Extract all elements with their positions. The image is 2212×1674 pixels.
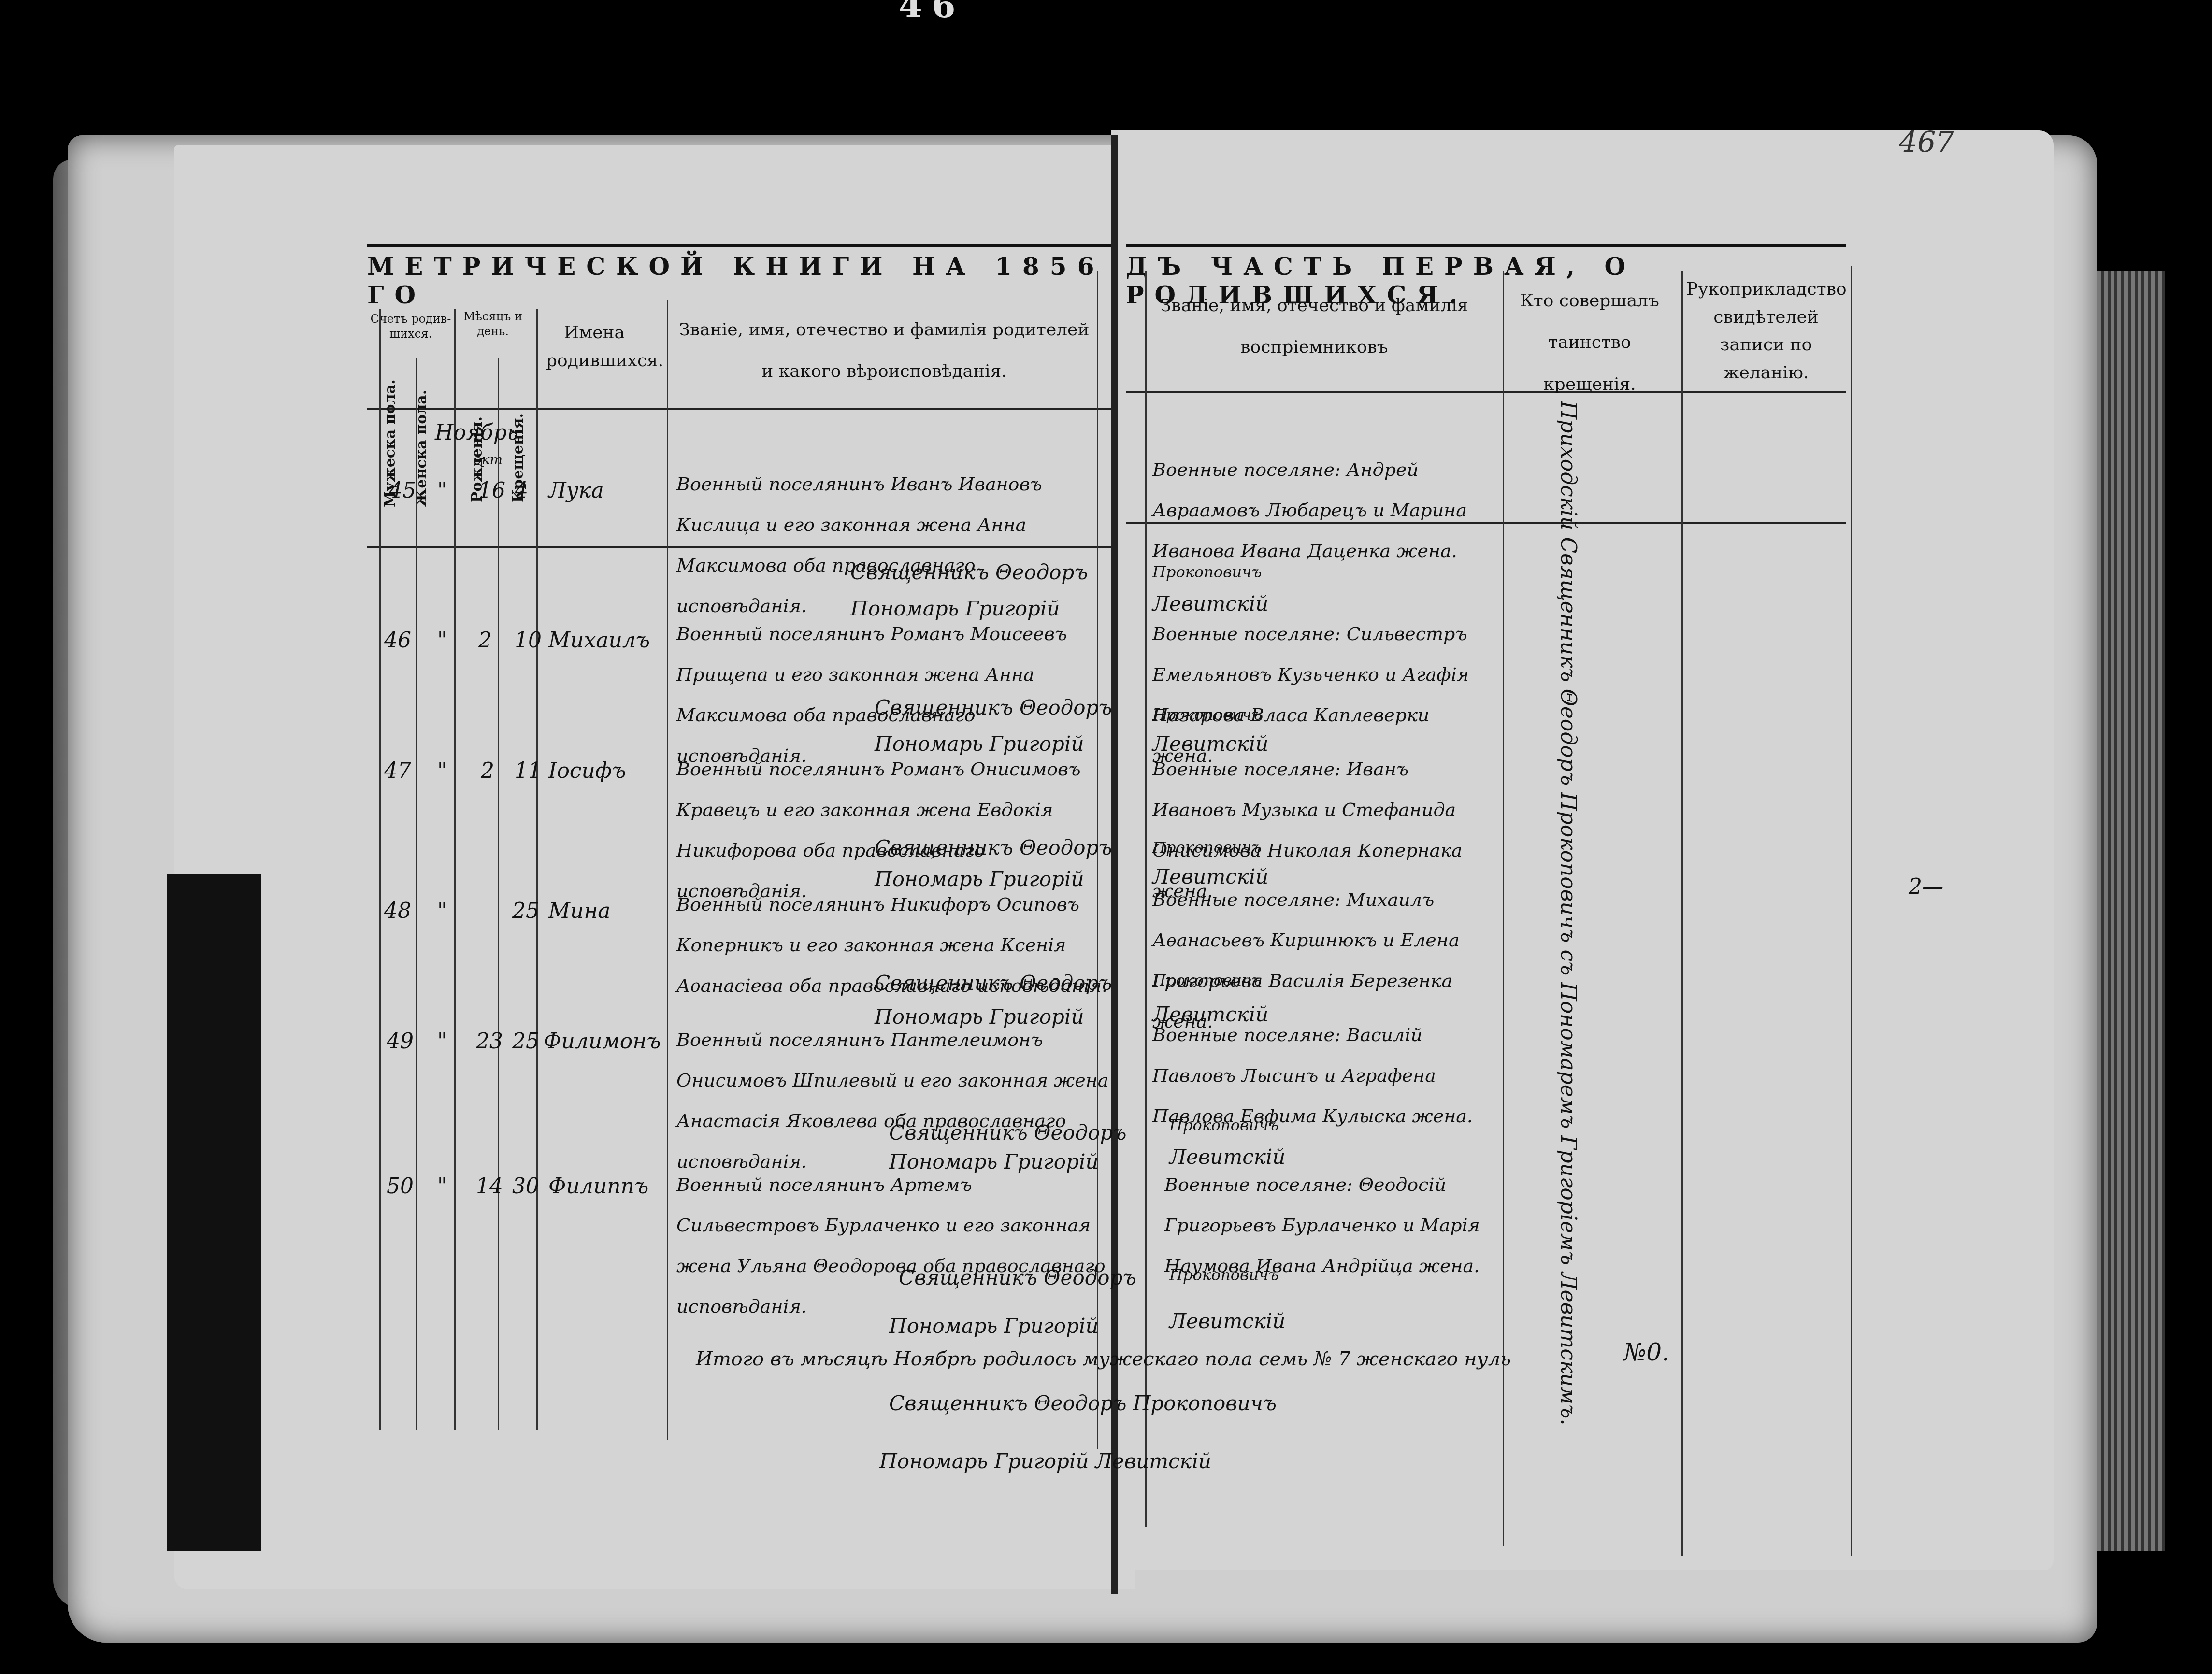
record-number: 47 [384,758,411,783]
right-signature-1: Прокоповичъ [1169,1266,1278,1284]
summary-text: Итого въ мѣсяцѣ Ноябрѣ родилось мужескаг… [696,1348,1511,1370]
col-rule [379,309,381,1430]
folio-number: 467 [1899,126,1954,159]
record-female-mark: " [437,478,447,503]
priest-signature: Священникъ Θеодоръ [875,836,1112,859]
birth-day: 2 [481,758,494,783]
birth-day: 23 [476,1029,503,1054]
child-name: Михаилъ [548,628,650,653]
priest-signature: Священникъ Θеодоръ [889,1121,1126,1145]
bookmark-ribbon [167,874,261,1551]
month-label: Ноябрь [435,420,518,445]
right-signature-1: Прокоповичъ [1152,563,1262,581]
record-number: 45 [389,478,416,503]
record-number: 50 [387,1174,414,1199]
child-name: Лука [548,478,604,503]
title-left: МЕТРИЧЕСКОЙ КНИГИ НА 1856 ГО [367,244,1111,315]
priest-signature: Священникъ Θеодоръ [875,696,1112,719]
godparents-text: Военные поселяне: Андрей Авраамовъ Любар… [1152,449,1491,571]
col-rule [498,358,499,1430]
record-female-mark: " [437,628,447,653]
baptism-day: 25 [512,899,539,923]
priest-signature: Священникъ Θеодоръ [899,1266,1136,1289]
summary-priest-signature: Священникъ Θеодоръ Прокоповичъ [889,1391,1277,1415]
record-female-mark: " [437,758,447,783]
baptism-day: 30 [512,1174,539,1199]
summary-female-count: №0. [1623,1338,1669,1366]
priest-signature: Священникъ Θеодоръ [875,971,1112,995]
record-female-mark: " [437,1029,447,1054]
right-signature-1: Прокоповичъ [1152,838,1262,857]
birth-day: 14 [476,1174,503,1199]
child-name: Филимонъ [544,1029,661,1054]
right-signature-1: Прокоповичъ [1169,1116,1278,1134]
header-date-group: Мѣсяцъ и день. [454,309,531,339]
right-signature-2: Левитскій [1169,1309,1285,1333]
col-rule [416,358,417,1430]
child-name: Іосифъ [548,758,626,783]
child-name: Мина [548,899,611,923]
header-rule-right [1126,391,1846,393]
col-rule [536,309,538,1430]
top-stamp: 46 [899,0,965,26]
book-gutter [1111,135,1118,1594]
col-rule [1851,266,1852,1556]
header-godparents: Званіе, имя, отечество и фамилія воспріе… [1150,285,1479,369]
record-number: 46 [384,628,411,653]
right-signature-2: Левитскій [1152,592,1268,615]
priest-signature: Священникъ Θеодоръ [850,560,1088,584]
performer-text: Приходскій Священникъ Θеодоръ Прокопович… [1556,401,1580,1416]
birth-day: 16 [478,478,505,503]
baptism-day: 25 [512,1029,539,1054]
parents-text: Военный поселянинъ Артемъ Сильвестровъ Б… [676,1164,1111,1327]
header-names: Имена родившихся. [546,319,643,374]
col-rule [1145,271,1147,1527]
child-name: Филиппъ [548,1174,648,1199]
record-female-mark: " [437,899,447,923]
margin-mark: 2— [1909,874,1943,899]
baptism-day: 10 [515,628,542,653]
header-performer: Кто совершалъ таинство крещенія. [1508,280,1672,405]
birth-day: 2 [478,628,492,653]
baptism-day: 11 [515,758,542,783]
col-rule [454,309,456,1430]
right-signature-1: Прокоповичъ [1152,705,1262,724]
right-signature-1: Прокоповичъ [1152,971,1262,989]
header-parents: Званіе, имя, отечество и фамилія родител… [672,309,1097,393]
month-note: окт [474,452,503,468]
baptism-day: 4 [515,478,528,503]
summary-clerk-signature: Пономарь Григорій Левитскій [879,1449,1211,1473]
clerk-signature: Пономарь Григорій [889,1314,1098,1338]
record-female-mark: " [437,1174,447,1199]
record-number: 49 [387,1029,414,1054]
header-witnesses: Рукоприкладство свидѣтелей записи по жел… [1686,275,1846,386]
col-rule [1681,271,1683,1556]
col-rule [667,300,668,1440]
record-number: 48 [384,899,411,923]
header-count-group: Счетъ родив-шихся. [370,312,452,342]
